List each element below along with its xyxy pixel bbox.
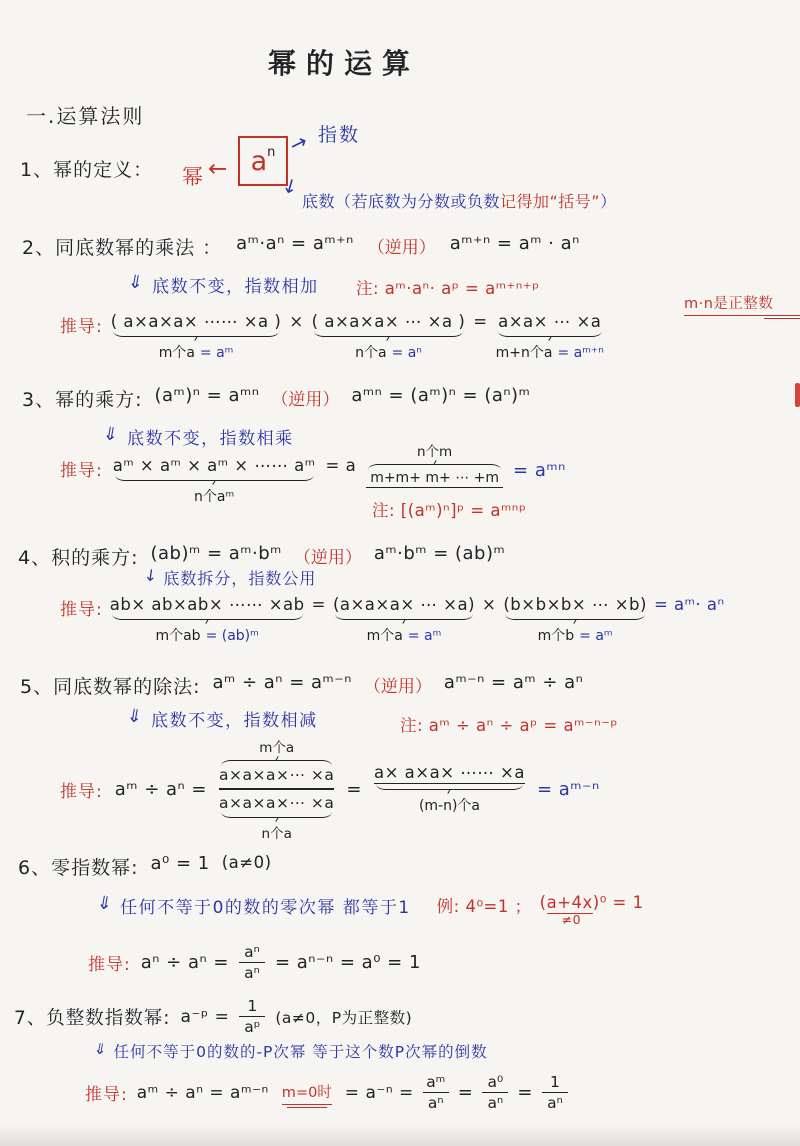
derivation-expression: ( a×a×a× ⋯⋯ ×a ) bbox=[111, 312, 282, 331]
section-3-inverse-label: （逆用） bbox=[271, 385, 339, 410]
derivation-lhs: aᵐ ÷ aⁿ = bbox=[115, 779, 207, 800]
base-annotation-close: ） bbox=[600, 192, 617, 211]
section-6-heading-row: 6、零指数幂: a⁰ = 1 (a≠0) bbox=[18, 853, 272, 880]
section-7-heading-row: 7、负整数指数幂: a⁻ᵖ = 1 aᵖ (a≠0，P为正整数) bbox=[14, 998, 412, 1036]
count-label: n个a bbox=[355, 342, 386, 362]
derivation-group-1: ( a×a×a× ⋯⋯ ×a ) m个a = aᵐ bbox=[111, 312, 282, 362]
section-7-rule-row: ⇓ 任何不等于0的数的-P次幂 等于这个数P次幂的倒数 bbox=[94, 1040, 488, 1062]
overbrace bbox=[219, 756, 334, 765]
derivation-group-2: (a×a×a× ⋯ ×a) m个a = aᵐ bbox=[333, 595, 475, 645]
derive-label: 推导: bbox=[60, 456, 103, 481]
overbrace bbox=[366, 460, 503, 469]
section-4-derivation-row: 推导: ab× ab×ab× ⋯⋯ ×ab m个ab = (ab)ᵐ = (a×… bbox=[60, 595, 725, 645]
exponent-word-label: 指数 bbox=[318, 120, 360, 147]
fraction: aⁿ aⁿ bbox=[239, 944, 265, 982]
derivation-expression: (a×a×a× ⋯ ×a) bbox=[333, 595, 475, 614]
fraction-3: 1 aⁿ bbox=[542, 1074, 568, 1112]
photo-bottom-edge bbox=[0, 1122, 800, 1146]
brace-label: n个a = aⁿ bbox=[355, 342, 422, 362]
fraction-numerator: 1 bbox=[247, 998, 257, 1014]
fraction: 1 aᵖ bbox=[239, 998, 265, 1036]
count-label: (m-n)个a bbox=[419, 795, 480, 815]
brace-label: m+n个a = aᵐ⁺ⁿ bbox=[496, 342, 604, 362]
equals-power: = aᵐ bbox=[408, 628, 441, 644]
power-box: an bbox=[238, 136, 288, 186]
count-label: m个a bbox=[159, 342, 195, 362]
section-2-inverse-formula: aᵐ⁺ⁿ = aᵐ · aⁿ bbox=[450, 233, 580, 254]
section-3-title: 3、幂的乘方: bbox=[22, 385, 143, 412]
derive-label: 推导: bbox=[88, 950, 131, 975]
margin-side-note: m·n是正整数 bbox=[684, 292, 800, 316]
brace-label: m个ab = (ab)ᵐ bbox=[155, 625, 258, 645]
fraction-bar bbox=[239, 962, 265, 963]
section-3-formula: (aᵐ)ⁿ = aᵐⁿ bbox=[155, 385, 260, 406]
overbrace-label: m个a bbox=[259, 736, 294, 756]
equals-power: = aᵐ bbox=[200, 345, 233, 361]
derivation-group-1: ab× ab×ab× ⋯⋯ ×ab m个ab = (ab)ᵐ bbox=[110, 595, 305, 645]
notes-page: 幂的运算 一.运算法则 1、幂的定义： 幂 ← an → 指数 ↓ 底数（若底数… bbox=[0, 0, 800, 24]
fraction-2: a⁰ aⁿ bbox=[482, 1074, 508, 1112]
underbrace-label: n个a bbox=[262, 822, 292, 842]
fraction-denominator: aⁿ bbox=[547, 1095, 563, 1111]
derivation-e2: = a⁻ⁿ = bbox=[345, 1083, 414, 1103]
double-down-arrow-icon: ⇓ bbox=[101, 423, 120, 446]
example-open-paren: ( bbox=[540, 893, 547, 912]
derive-label: 推导: bbox=[60, 312, 103, 337]
section-2-rule-row: ⇓ 底数不变，指数相加 bbox=[128, 272, 319, 297]
brace-label: (m-n)个a bbox=[419, 795, 480, 815]
derivation-expression: ( a×a×a× ⋯ ×a ) bbox=[312, 312, 466, 331]
section-3-heading-row: 3、幂的乘方: (aᵐ)ⁿ = aᵐⁿ （逆用） aᵐⁿ = (aᵐ)ⁿ = (… bbox=[22, 385, 530, 412]
arrow-to-exponent-icon: → bbox=[286, 129, 312, 158]
fraction-numerator: aⁿ bbox=[244, 944, 260, 960]
derivation-expression: aᵐ × aᵐ × aᵐ × ⋯⋯ aᵐ bbox=[113, 456, 316, 475]
section-3-rule: 底数不变，指数相乘 bbox=[127, 424, 294, 449]
section-2-note: 注: aᵐ·aⁿ· aᵖ = aᵐ⁺ⁿ⁺ᵖ bbox=[356, 275, 540, 299]
fraction-bar bbox=[219, 788, 334, 790]
derive-label: 推导: bbox=[85, 1080, 128, 1105]
section-2-inverse-label: （逆用） bbox=[368, 233, 436, 258]
underbrace bbox=[312, 332, 466, 341]
underbrace bbox=[496, 332, 604, 341]
fraction-numerator: a⁰ bbox=[488, 1074, 504, 1090]
section-2-title: 2、同底数幂的乘法 ： bbox=[22, 233, 222, 260]
underbrace bbox=[374, 785, 525, 794]
derivation-expression: a×a× ⋯ ×a bbox=[498, 312, 601, 331]
section-7-rule: 任何不等于0的数的-P次幂 等于这个数P次幂的倒数 bbox=[114, 1040, 488, 1062]
heading-operation-rules: 一.运算法则 bbox=[26, 100, 144, 129]
section-5-heading-row: 5、同底数幂的除法: aᵐ ÷ aⁿ = aᵐ⁻ⁿ （逆用） aᵐ⁻ⁿ = aᵐ… bbox=[20, 672, 583, 699]
section-5-title: 5、同底数幂的除法: bbox=[20, 672, 201, 699]
section-6-rule-row: ⇓ 任何不等于0的数的零次幂 都等于1 例: 4⁰=1 ； (a+4x)⁰ = … bbox=[97, 893, 644, 918]
section-2-derivation-row: 推导: ( a×a×a× ⋯⋯ ×a ) m个a = aᵐ × ( a×a×a×… bbox=[60, 312, 604, 362]
derivation-expression: a× a×a× ⋯⋯ ×a bbox=[374, 763, 525, 784]
section-4-formula: (ab)ᵐ = aᵐ·bᵐ bbox=[151, 543, 282, 564]
page-title: 幂的运算 bbox=[268, 42, 420, 82]
section-4-inverse-label: （逆用） bbox=[294, 543, 362, 568]
exponent-sum: m+m+ m+ ⋯ +m bbox=[366, 470, 503, 488]
base-annotation: 底数（若底数为分数或负数记得加“括号”） bbox=[302, 189, 617, 212]
fraction-denominator: aⁿ bbox=[244, 965, 260, 981]
big-fraction: m个a a×a×a×⋯ ×a a×a×a×⋯ ×a n个a bbox=[219, 736, 334, 842]
brace-label: n个aᵐ bbox=[194, 486, 234, 506]
derivation-e1: aᵐ ÷ aⁿ = aᵐ⁻ⁿ bbox=[137, 1083, 269, 1103]
derivation-lhs: aⁿ ÷ aⁿ = bbox=[141, 952, 229, 973]
fraction-bar bbox=[542, 1092, 568, 1093]
derive-label: 推导: bbox=[60, 595, 103, 620]
equals-operator: = bbox=[517, 1082, 533, 1103]
equals-operator: = bbox=[346, 779, 362, 800]
brace-label: m个a = aᵐ bbox=[367, 625, 442, 645]
double-down-arrow-icon: ⇓ bbox=[126, 271, 145, 294]
fraction-numerator: a×a×a×⋯ ×a bbox=[219, 766, 334, 784]
equals-operator: = bbox=[473, 312, 487, 331]
result-power: = aᵐⁿ bbox=[513, 460, 566, 481]
fraction-bar bbox=[423, 1092, 449, 1093]
count-label: m个ab bbox=[155, 625, 200, 645]
double-down-arrow-icon: ⇓ bbox=[93, 1039, 109, 1059]
result-power: = aᵐ⁻ⁿ bbox=[537, 779, 600, 800]
equals-operator: = bbox=[312, 595, 326, 614]
fraction-denominator: aⁿ bbox=[488, 1095, 504, 1111]
equals-base: = a bbox=[326, 456, 357, 475]
power-word-label: 幂 bbox=[182, 161, 203, 191]
fraction-1: aᵐ aⁿ bbox=[423, 1074, 449, 1112]
section-7-condition: (a≠0，P为正整数) bbox=[275, 1006, 412, 1028]
photo-edge-red-mark bbox=[795, 383, 800, 407]
equals-power: = aⁿ bbox=[392, 345, 422, 361]
section-6-rule: 任何不等于0的数的零次幂 都等于1 bbox=[120, 893, 411, 918]
example-not-zero-label: ≠0 bbox=[562, 912, 581, 927]
section-2-rule: 底数不变，指数相加 bbox=[152, 272, 319, 297]
section-7-derivation-row: 推导: aᵐ ÷ aⁿ = aᵐ⁻ⁿ m=0时 = a⁻ⁿ = aᵐ aⁿ = … bbox=[85, 1074, 568, 1112]
base-annotation-blue: 底数（若底数为分数或负数 bbox=[302, 192, 500, 211]
example-close: )⁰ = 1 bbox=[593, 893, 644, 912]
derivation-group: a× a×a× ⋯⋯ ×a (m-n)个a bbox=[374, 763, 525, 815]
fraction-denominator: aⁿ bbox=[428, 1095, 444, 1111]
arrow-left-icon: ← bbox=[208, 156, 227, 182]
section-6-title: 6、零指数幂: bbox=[18, 853, 139, 880]
derivation-group-3: (b×b×b× ⋯ ×b) m个b = aᵐ bbox=[503, 595, 647, 645]
section-3-note: 注: [(aᵐ)ⁿ]ᵖ = aᵐⁿᵖ bbox=[372, 497, 526, 521]
derivation-group-2: ( a×a×a× ⋯ ×a ) n个a = aⁿ bbox=[312, 312, 466, 362]
fraction-denominator: a×a×a×⋯ ×a bbox=[219, 794, 334, 812]
derive-label: 推导: bbox=[60, 777, 103, 802]
section-6-derivation-row: 推导: aⁿ ÷ aⁿ = aⁿ aⁿ = aⁿ⁻ⁿ = a⁰ = 1 bbox=[88, 944, 421, 982]
section-6-example-2: (a+4x)⁰ = 1 ≠0 bbox=[540, 893, 644, 912]
result-power: = aᵐ· aⁿ bbox=[654, 595, 725, 614]
section-5-rule-row: ⇓ 底数不变，指数相减 bbox=[127, 706, 318, 731]
section-5-inverse-formula: aᵐ⁻ⁿ = aᵐ ÷ aⁿ bbox=[444, 672, 583, 693]
derivation-expression: (b×b×b× ⋯ ×b) bbox=[503, 595, 647, 614]
derivation-group-3: a×a× ⋯ ×a m+n个a = aᵐ⁺ⁿ bbox=[496, 312, 604, 362]
count-label: m个a bbox=[367, 625, 403, 645]
equals-power: = (ab)ᵐ bbox=[206, 628, 259, 644]
underbrace bbox=[219, 813, 334, 822]
derivation-group-1: aᵐ × aᵐ × aᵐ × ⋯⋯ aᵐ n个aᵐ bbox=[113, 456, 316, 506]
equals-operator: = bbox=[458, 1082, 474, 1103]
underbrace bbox=[503, 615, 647, 624]
section-5-inverse-label: （逆用） bbox=[364, 672, 432, 697]
equals-power: = aᵐ⁺ⁿ bbox=[557, 345, 603, 361]
section-4-rule-row: ↓ 底数拆分，指数公用 bbox=[144, 566, 316, 589]
brace-label: m个a = aᵐ bbox=[159, 342, 234, 362]
brace-label: m个b = aᵐ bbox=[538, 625, 613, 645]
fraction-bar bbox=[239, 1016, 265, 1017]
section-4-inverse-formula: aᵐ·bᵐ = (ab)ᵐ bbox=[374, 543, 505, 564]
section-7-formula-lhs: a⁻ᵖ = bbox=[181, 1007, 230, 1027]
section-6-example-1: 例: 4⁰=1 ； bbox=[437, 893, 532, 917]
section-3-inverse-formula: aᵐⁿ = (aᵐ)ⁿ = (aⁿ)ᵐ bbox=[351, 385, 530, 406]
section-4-title: 4、积的乘方: bbox=[18, 543, 139, 570]
count-label: n个aᵐ bbox=[194, 486, 234, 506]
base-annotation-red: 记得加“括号” bbox=[500, 192, 600, 211]
section-7-title: 7、负整数指数幂: bbox=[14, 1004, 171, 1030]
section-3-rule-row: ⇓ 底数不变，指数相乘 bbox=[103, 424, 294, 449]
section-2-formula: aᵐ·aⁿ = aᵐ⁺ⁿ bbox=[236, 233, 354, 254]
double-down-arrow-icon: ⇓ bbox=[125, 705, 144, 728]
exponent-symbol: n bbox=[267, 145, 275, 160]
underbrace bbox=[333, 615, 475, 624]
section-4-rule: 底数拆分，指数公用 bbox=[163, 566, 316, 589]
section-5-rule: 底数不变，指数相减 bbox=[151, 706, 318, 731]
double-down-arrow-icon: ⇓ bbox=[95, 892, 114, 915]
exponent-sum-stack: n个m m+m+ m+ ⋯ +m bbox=[366, 440, 503, 488]
condition-m-equals-zero: m=0时 bbox=[282, 1081, 332, 1105]
section-5-derivation-row: 推导: aᵐ ÷ aⁿ = m个a a×a×a×⋯ ×a a×a×a×⋯ ×a … bbox=[60, 736, 600, 842]
section-2-heading-row: 2、同底数幂的乘法 ： aᵐ·aⁿ = aᵐ⁺ⁿ （逆用） aᵐ⁺ⁿ = aᵐ … bbox=[22, 233, 580, 260]
definition-label: 1、幂的定义： bbox=[20, 155, 153, 182]
underbrace bbox=[113, 476, 316, 485]
count-label: m+n个a bbox=[496, 342, 553, 362]
fraction-bar bbox=[482, 1092, 508, 1093]
section-6-formula: a⁰ = 1 bbox=[151, 853, 210, 874]
derivation-rest: = aⁿ⁻ⁿ = a⁰ = 1 bbox=[275, 952, 421, 973]
times-operator: × bbox=[289, 312, 303, 331]
fraction-numerator: aᵐ bbox=[426, 1074, 445, 1090]
section-5-note: 注: aᵐ ÷ aⁿ ÷ aᵖ = aᵐ⁻ⁿ⁻ᵖ bbox=[400, 712, 618, 736]
derivation-expression: ab× ab×ab× ⋯⋯ ×ab bbox=[110, 595, 305, 614]
fraction-denominator: aᵖ bbox=[244, 1019, 260, 1035]
underbrace bbox=[111, 332, 282, 341]
underbrace bbox=[110, 615, 305, 624]
base-symbol: a bbox=[251, 146, 268, 177]
fraction-numerator: 1 bbox=[550, 1074, 560, 1090]
times-operator: × bbox=[482, 595, 496, 614]
down-arrow-icon: ↓ bbox=[143, 565, 159, 586]
section-6-condition: (a≠0) bbox=[222, 853, 272, 872]
example-underlined-base: a+4x bbox=[547, 893, 593, 914]
section-5-formula: aᵐ ÷ aⁿ = aᵐ⁻ⁿ bbox=[213, 672, 352, 693]
count-label: m个b bbox=[538, 625, 575, 645]
equals-power: = aᵐ bbox=[579, 628, 612, 644]
overbrace-label: n个m bbox=[417, 440, 452, 460]
